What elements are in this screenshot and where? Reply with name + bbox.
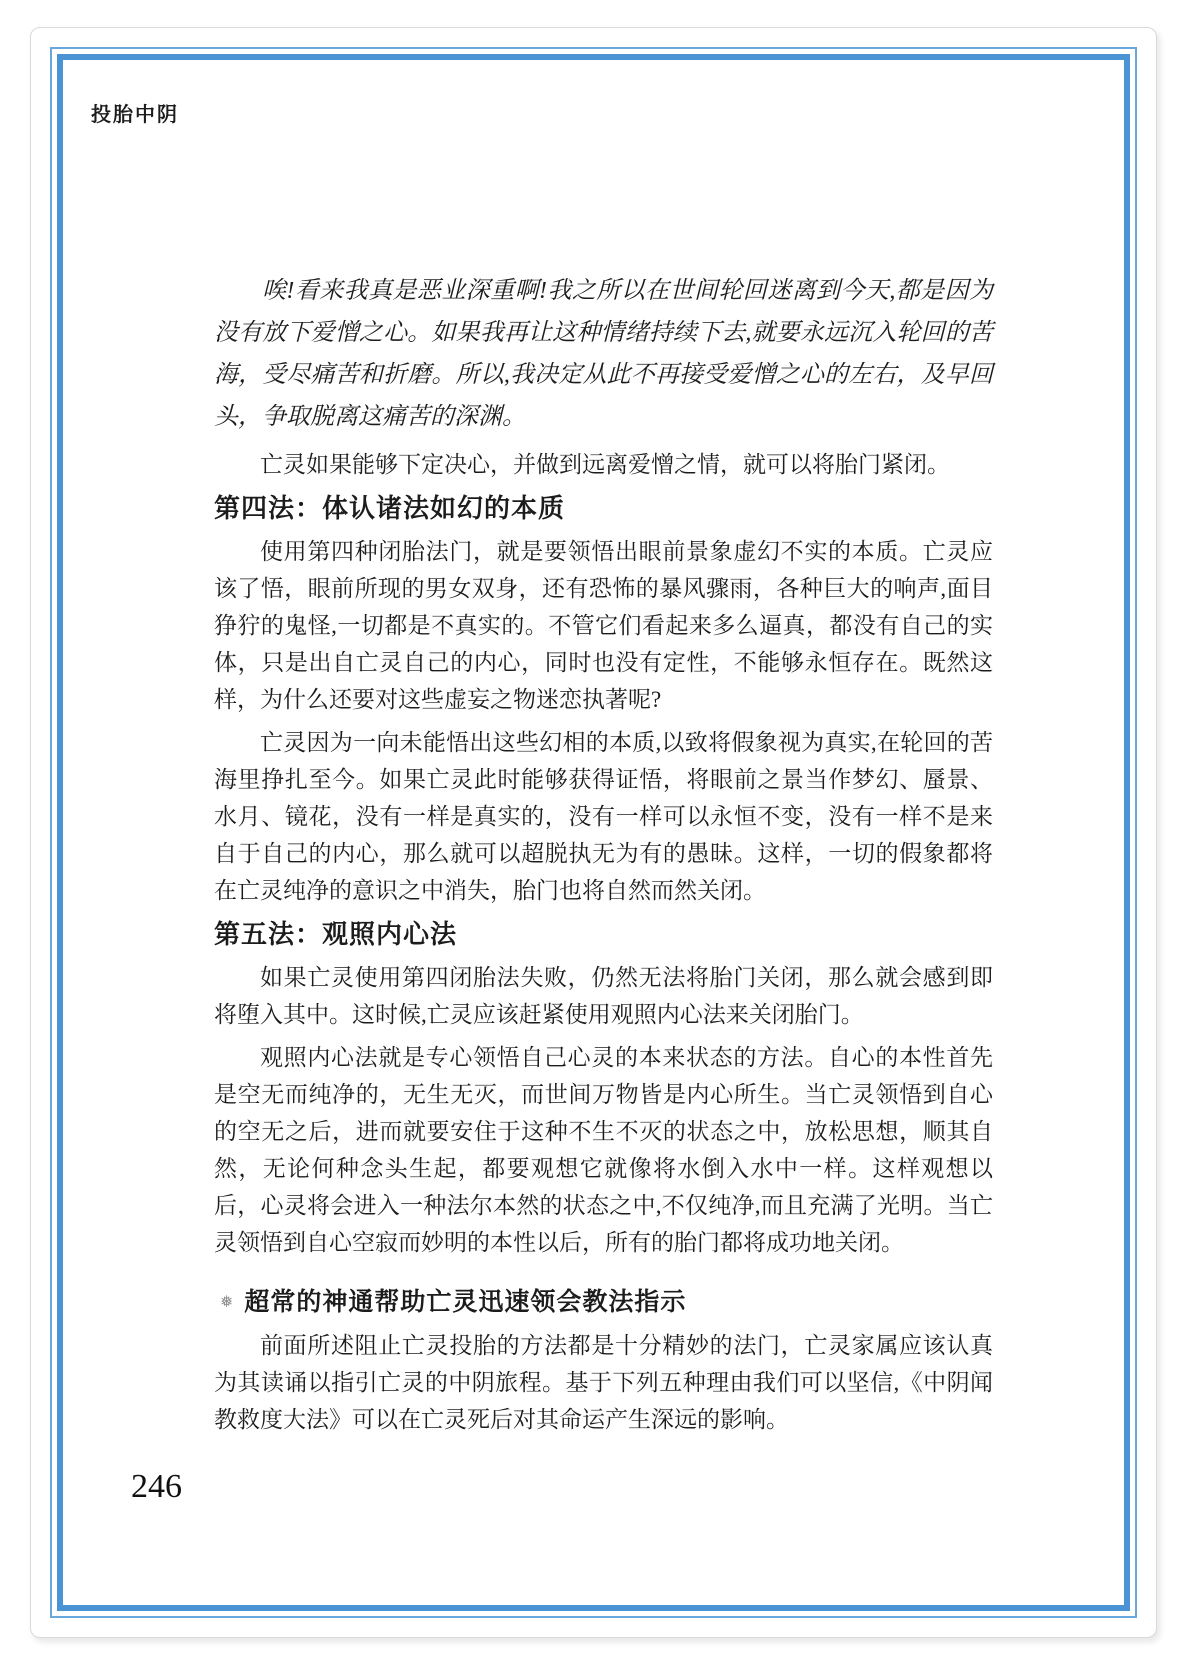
body-paragraph: 前面所述阻止亡灵投胎的方法都是十分精妙的法门，亡灵家属应该认真为其读诵以指引亡灵…	[214, 1327, 993, 1438]
section-heading-method-5: 第五法：观照内心法	[214, 917, 993, 951]
body-paragraph: 观照内心法就是专心领悟自己心灵的本来状态的方法。自心的本性首先是空无而纯净的，无…	[214, 1039, 993, 1261]
book-page: 投胎中阴 唉!看来我真是恶业深重啊!我之所以在世间轮回迷离到今天,都是因为没有放…	[30, 27, 1157, 1638]
subsection-heading-label: 超常的神通帮助亡灵迅速领会教法指示	[244, 1285, 686, 1319]
page-number: 246	[131, 1468, 182, 1506]
verse-quote-paragraph: 唉!看来我真是恶业深重啊!我之所以在世间轮回迷离到今天,都是因为没有放下爱憎之心…	[214, 270, 993, 438]
body-paragraph: 亡灵因为一向未能悟出这些幻相的本质,以致将假象视为真实,在轮回的苦海里挣扎至今。…	[214, 724, 993, 909]
subsection-heading: ❅ 超常的神通帮助亡灵迅速领会教法指示	[214, 1285, 993, 1319]
body-paragraph: 如果亡灵使用第四闭胎法失败，仍然无法将胎门关闭，那么就会感到即将堕入其中。这时候…	[214, 959, 993, 1033]
closing-line-paragraph: 亡灵如果能够下定决心，并做到远离爱憎之情，就可以将胎门紧闭。	[214, 446, 993, 483]
snowflake-ornament-icon: ❅	[220, 1286, 234, 1320]
section-heading-method-4: 第四法：体认诸法如幻的本质	[214, 491, 993, 525]
body-paragraph: 使用第四种闭胎法门，就是要领悟出眼前景象虚幻不实的本质。亡灵应该了悟，眼前所现的…	[214, 533, 993, 718]
running-header: 投胎中阴	[91, 98, 179, 127]
page-content: 唉!看来我真是恶业深重啊!我之所以在世间轮回迷离到今天,都是因为没有放下爱憎之心…	[214, 270, 993, 1444]
